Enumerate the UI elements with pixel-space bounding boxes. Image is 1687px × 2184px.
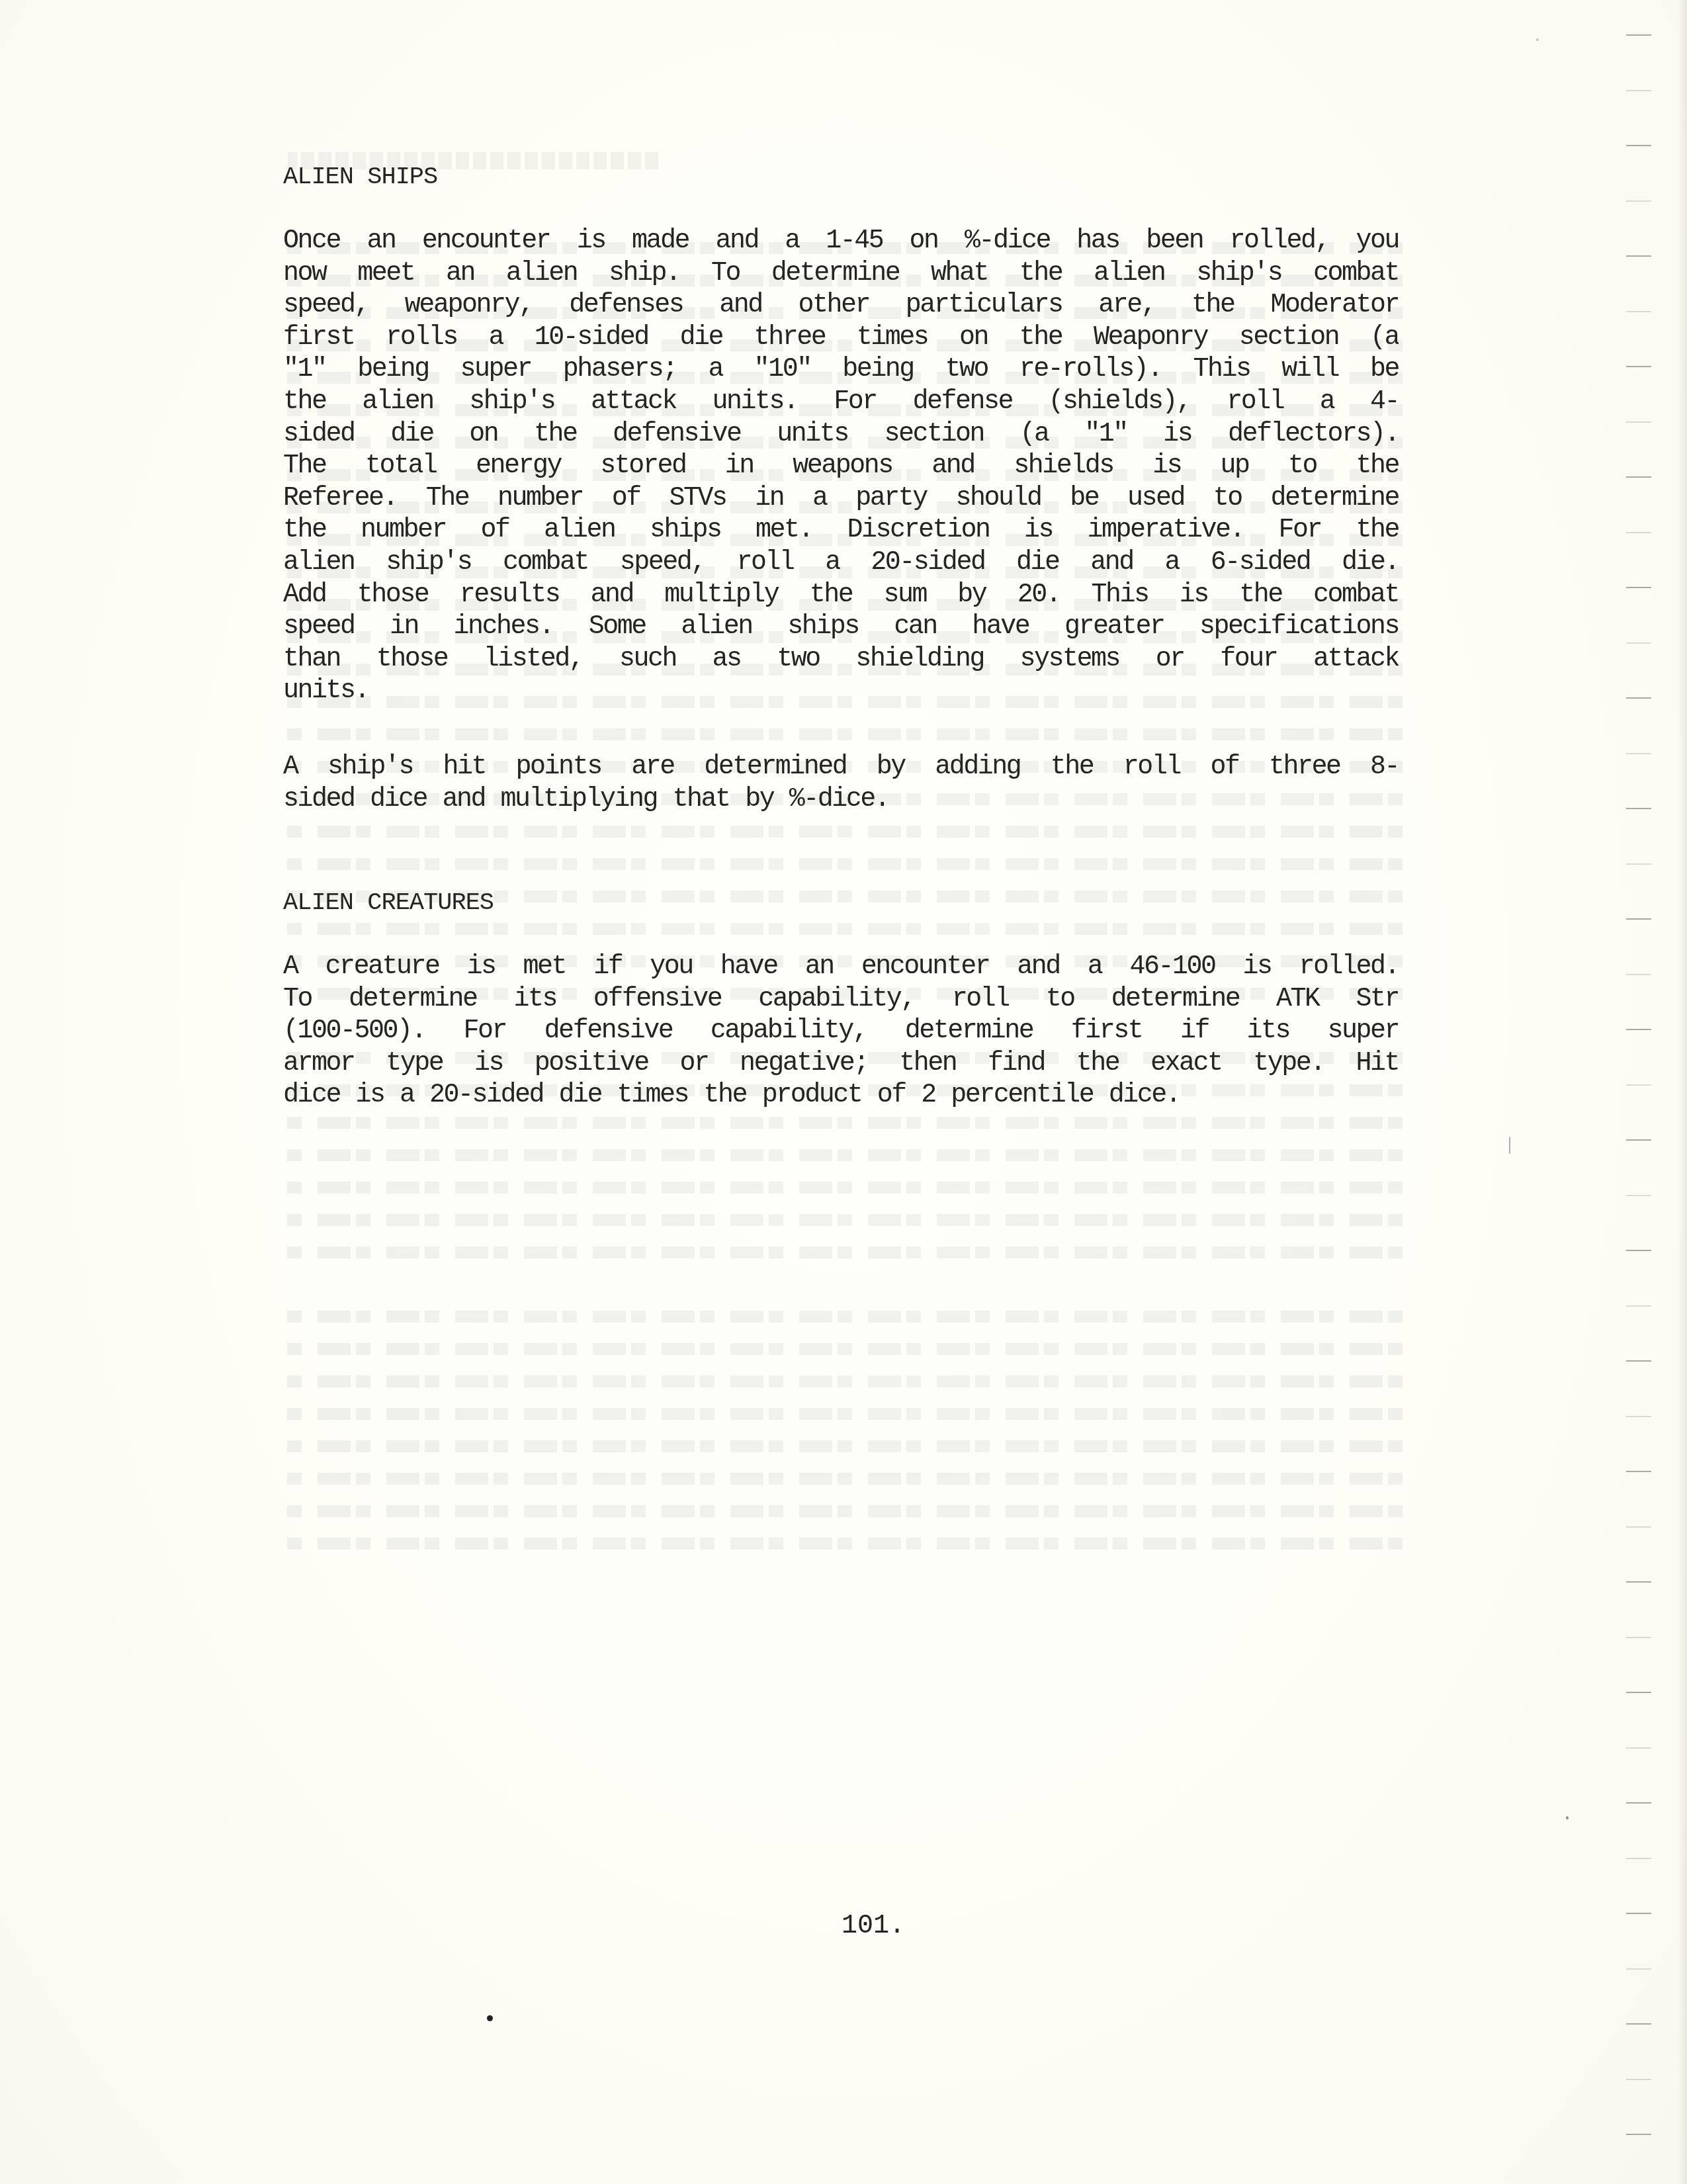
text-line: The total energy stored in weapons and s… xyxy=(283,451,1399,483)
margin-tick xyxy=(1626,1084,1651,1086)
text-line: than those listed, such as two shielding… xyxy=(283,644,1399,676)
text-line: "1" being super phasers; a "10" being tw… xyxy=(283,354,1399,386)
margin-tick xyxy=(1626,476,1651,478)
ghost-line xyxy=(284,1538,1403,1550)
ghost-line xyxy=(284,728,1403,740)
margin-tick xyxy=(1626,587,1651,588)
text-line: (100-500). For defensive capability, det… xyxy=(283,1016,1399,1048)
margin-tick xyxy=(1626,1747,1651,1749)
margin-tick xyxy=(1626,366,1651,367)
margin-tick xyxy=(1626,1360,1651,1362)
ghost-line xyxy=(284,923,1403,935)
text-line: armor type is positive or negative; then… xyxy=(283,1048,1399,1080)
page-number: 101. xyxy=(842,1911,905,1943)
section-alien-ships: ALIEN SHIPS xyxy=(283,161,1399,193)
margin-tick xyxy=(1626,1968,1651,1970)
scan-speck xyxy=(1566,1816,1569,1819)
text-line: Referee. The number of STVs in a party s… xyxy=(283,483,1399,515)
ghost-line xyxy=(284,1376,1403,1387)
text-line: dice is a 20-sided die times the product… xyxy=(283,1080,1399,1112)
paragraph-ship-hit-points: A ship's hit points are determined by ad… xyxy=(283,752,1399,816)
text-line: speed, weaponry, defenses and other part… xyxy=(283,290,1399,322)
margin-tick xyxy=(1626,697,1651,699)
text-line: the alien ship's attack units. For defen… xyxy=(283,386,1399,419)
ghost-line xyxy=(284,1311,1403,1323)
text-line: units. xyxy=(283,676,1399,708)
text-line: sided dice and multiplying that by %-dic… xyxy=(283,784,1399,816)
ghost-line xyxy=(284,1117,1403,1129)
text-line: alien ship's combat speed, roll a 20-sid… xyxy=(283,547,1399,580)
margin-tick xyxy=(1626,753,1651,754)
margin-tick xyxy=(1626,34,1651,36)
margin-tick xyxy=(1626,863,1651,865)
margin-tick xyxy=(1626,1250,1651,1251)
scanned-page: ALIEN SHIPS Once an encounter is made an… xyxy=(0,0,1687,2184)
margin-tick xyxy=(1626,1471,1651,1472)
text-line: To determine its offensive capability, r… xyxy=(283,984,1399,1016)
margin-tick xyxy=(1626,1029,1651,1030)
paragraph-alien-creature-encounter: A creature is met if you have an encount… xyxy=(283,951,1399,1112)
margin-tick xyxy=(1626,1692,1651,1693)
text-line: Add those results and multiply the sum b… xyxy=(283,580,1399,612)
margin-tick xyxy=(1626,1139,1651,1141)
text-line: first rolls a 10-sided die three times o… xyxy=(283,322,1399,355)
margin-tick xyxy=(1626,90,1651,91)
margin-tick xyxy=(1626,808,1651,809)
text-line: now meet an alien ship. To determine wha… xyxy=(283,258,1399,290)
ghost-line xyxy=(284,1182,1403,1194)
margin-tick xyxy=(1626,255,1651,257)
margin-tick xyxy=(1626,2023,1651,2025)
margin-tick xyxy=(1626,642,1651,644)
margin-tick xyxy=(1626,974,1651,975)
ghost-line xyxy=(284,826,1403,838)
ghost-line xyxy=(284,858,1403,870)
ghost-line xyxy=(284,1343,1403,1355)
section-heading: ALIEN SHIPS xyxy=(283,161,1399,193)
margin-tick xyxy=(1626,1637,1651,1638)
ghost-gap xyxy=(284,1279,1403,1311)
margin-tick xyxy=(1626,1913,1651,1914)
scan-speck xyxy=(1536,38,1539,41)
text-line: A ship's hit points are determined by ad… xyxy=(283,752,1399,784)
page-edge-shadow xyxy=(1678,0,1687,2184)
paragraph-alien-ship-encounter: Once an encounter is made and a 1-45 on … xyxy=(283,226,1399,708)
scan-mark xyxy=(1509,1137,1510,1154)
ghost-line xyxy=(284,1408,1403,1420)
text-line: sided die on the defensive units section… xyxy=(283,419,1399,451)
ghost-line xyxy=(284,1473,1403,1485)
text-line: the number of alien ships met. Discretio… xyxy=(283,515,1399,547)
text-line: A creature is met if you have an encount… xyxy=(283,951,1399,984)
ghost-line xyxy=(284,1214,1403,1226)
section-heading: ALIEN CREATURES xyxy=(283,887,1399,919)
section-alien-creatures: ALIEN CREATURES xyxy=(283,887,1399,919)
text-line: Once an encounter is made and a 1-45 on … xyxy=(283,226,1399,258)
margin-tick xyxy=(1626,311,1651,312)
margin-tick xyxy=(1626,1581,1651,1583)
margin-tick xyxy=(1626,532,1651,533)
margin-tick xyxy=(1626,1416,1651,1417)
margin-tick xyxy=(1626,2134,1651,2135)
scan-speck xyxy=(487,2015,493,2021)
margin-tick xyxy=(1626,1526,1651,1528)
margin-tick xyxy=(1626,918,1651,920)
margin-tick xyxy=(1626,421,1651,423)
margin-tick xyxy=(1626,1802,1651,1804)
margin-tick xyxy=(1626,200,1651,202)
text-line: speed in inches. Some alien ships can ha… xyxy=(283,611,1399,644)
margin-tick xyxy=(1626,145,1651,146)
margin-tick xyxy=(1626,1195,1651,1196)
margin-tick xyxy=(1626,2079,1651,2080)
margin-tick xyxy=(1626,1858,1651,1859)
ghost-line xyxy=(284,1246,1403,1258)
ghost-line xyxy=(284,1440,1403,1452)
margin-tick xyxy=(1626,1305,1651,1307)
ghost-line xyxy=(284,1149,1403,1161)
ghost-line xyxy=(284,1505,1403,1517)
